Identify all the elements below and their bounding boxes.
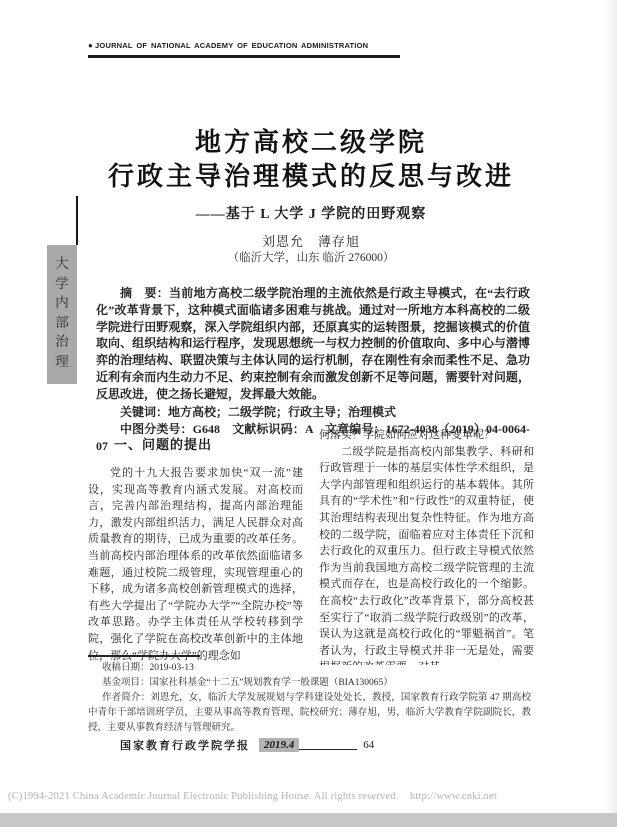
left-column-paragraph: 党的十九大报告要求加快“双一流”建设，实现高等教育内涵式发展。对高校而言，完善内… <box>88 465 303 664</box>
abstract-label: 摘 要： <box>120 286 169 300</box>
footnote-received-date: 收稿日期：2019-03-13 <box>88 661 531 676</box>
side-tab-char: 学 <box>55 277 69 291</box>
keywords-text: 地方高校；二级学院；行政主导；治理模式 <box>168 405 396 419</box>
article-subtitle: ——基于 L 大学 J 学院的田野观察 <box>88 203 534 223</box>
right-column-continuation: 何落实？学院如何应对这种变革呢？ <box>319 427 534 444</box>
footer-page-number: 64 <box>363 739 374 751</box>
footnote-author-bio: 作者简介：刘恩允，女，临沂大学发展规划与学科建设处处长、教授，国家教育行政学院第… <box>88 691 531 736</box>
bullet-icon: ● <box>88 41 93 50</box>
left-column: 一、问题的提出 党的十九大报告要求加快“双一流”建设，实现高等教育内涵式发展。对… <box>88 427 303 665</box>
journal-header: ●JOURNAL OF NATIONAL ACADEMY OF EDUCATIO… <box>88 41 408 50</box>
side-tab-char: 大 <box>55 257 69 271</box>
side-tab-char: 治 <box>55 335 69 349</box>
footnote-fund-project: 基金项目：国家社科基金“十二五”规划教育学一般课题（BIA130065） <box>88 676 531 691</box>
page-edge-shading <box>603 0 617 813</box>
side-tab-char: 理 <box>55 355 69 369</box>
affiliation: （临沂大学，山东 临沂 276000） <box>88 249 534 265</box>
journal-header-text: JOURNAL OF NATIONAL ACADEMY OF EDUCATION… <box>95 41 368 50</box>
footer-journal-name: 国家教育行政学院学报 <box>120 737 250 753</box>
page-footer: 国家教育行政学院学报 2019.4 64 <box>120 737 374 753</box>
abstract-paragraph: 摘 要：当前地方高校二级学院治理的主流依然是行政主导模式，在“去行政化”改革背景… <box>96 285 530 403</box>
right-column: 何落实？学院如何应对这种变革呢？ 二级学院是指高校内部集教学、科研和行政管理于一… <box>319 427 534 665</box>
header-rule <box>88 55 400 58</box>
section-side-tab: 大 学 内 部 治 理 <box>47 245 77 384</box>
side-tab-char: 内 <box>55 296 69 310</box>
article-title-line2: 行政主导治理模式的反思与改进 <box>88 160 534 194</box>
crop-mark <box>76 196 78 245</box>
copyright-notice: (C)1994-2021 China Academic Journal Elec… <box>8 791 608 802</box>
section1-heading: 一、问题的提出 <box>114 434 303 453</box>
keywords-label: 关键词： <box>120 405 168 419</box>
article-title-block: 地方高校二级学院 行政主导治理模式的反思与改进 ——基于 L 大学 J 学院的田… <box>88 126 534 223</box>
footnote-separator <box>88 655 200 657</box>
right-column-paragraph: 二级学院是指高校内部集教学、科研和行政管理于一体的基层实体性学术组织，是大学内部… <box>319 444 534 665</box>
footer-issue-badge: 2019.4 <box>259 738 299 752</box>
side-tab-char: 部 <box>55 316 69 330</box>
footer-rule <box>299 749 357 750</box>
article-title-line1: 地方高校二级学院 <box>88 126 534 160</box>
authors: 刘恩允 薄存旭 <box>88 231 534 250</box>
keywords-line: 关键词：地方高校；二级学院；行政主导；治理模式 <box>96 404 530 421</box>
abstract-text: 当前地方高校二级学院治理的主流依然是行政主导模式，在“去行政化”改革背景下，这种… <box>96 286 530 401</box>
bottom-scan-band <box>0 813 617 827</box>
body-columns: 一、问题的提出 党的十九大报告要求加快“双一流”建设，实现高等教育内涵式发展。对… <box>88 427 534 665</box>
footnotes-block: 收稿日期：2019-03-13 基金项目：国家社科基金“十二五”规划教育学一般课… <box>88 661 531 736</box>
